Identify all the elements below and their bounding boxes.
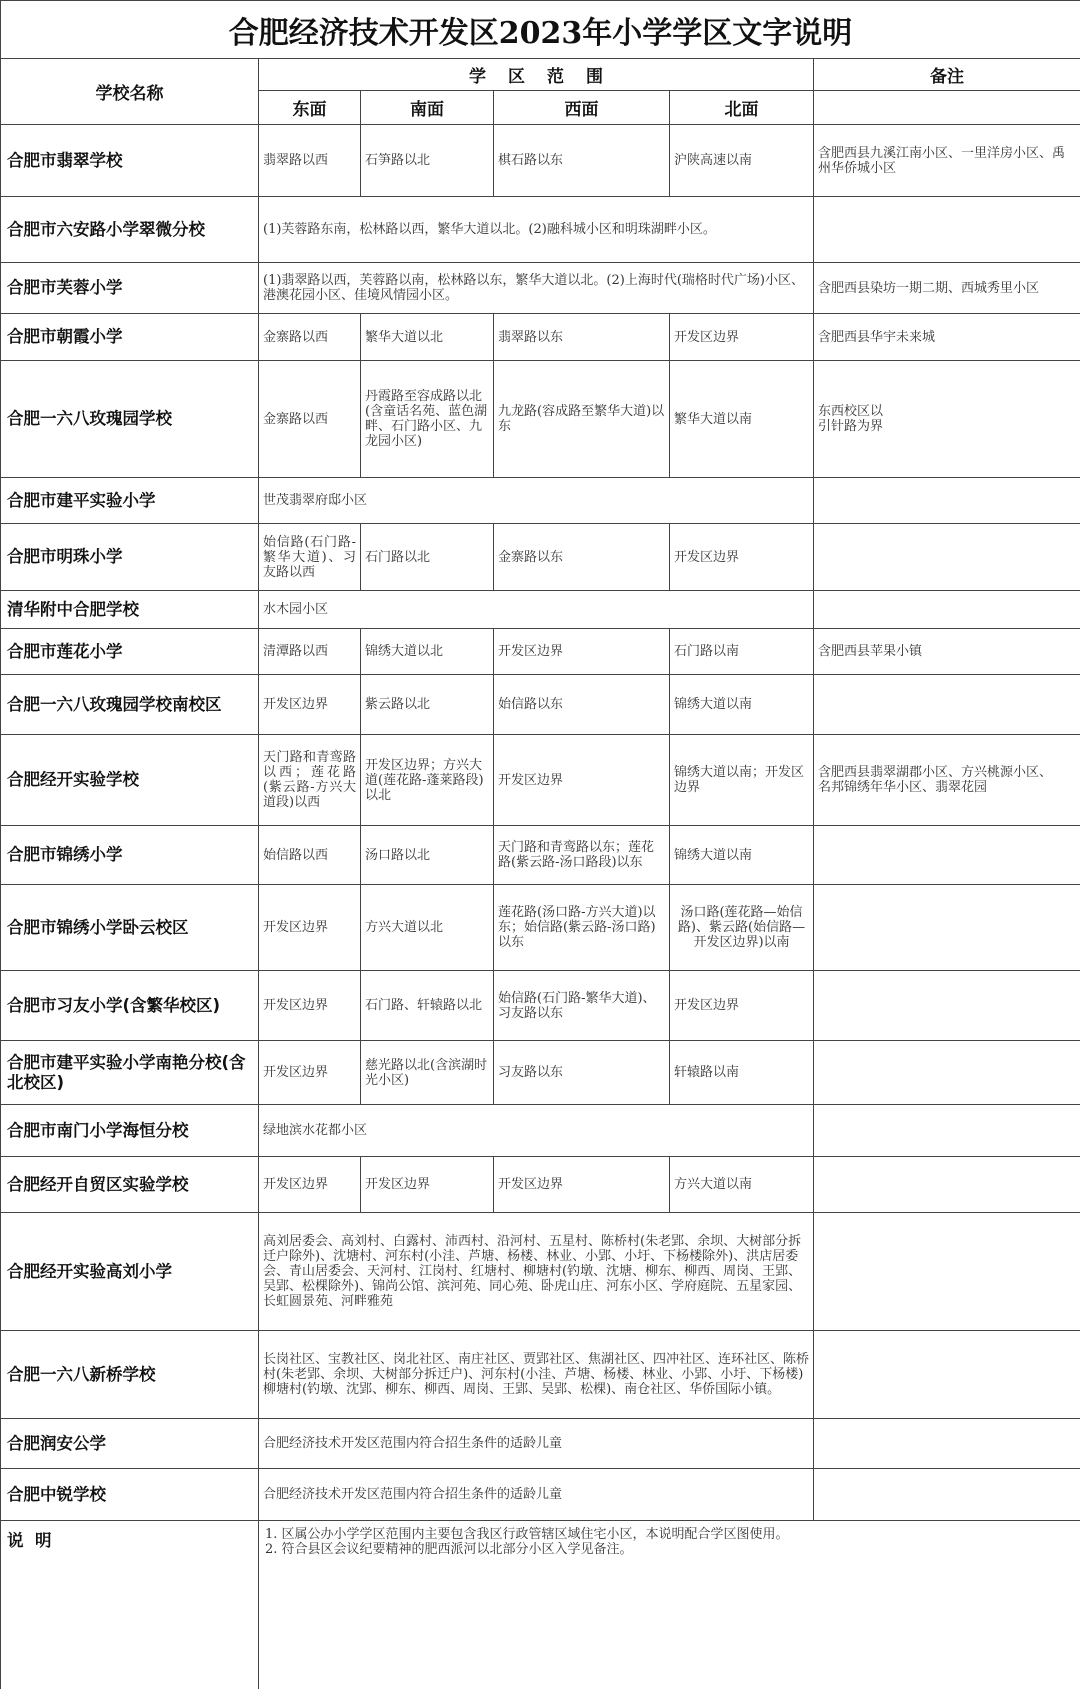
table-row: 合肥经开自贸区实验学校开发区边界开发区边界开发区边界方兴大道以南 [1, 1157, 1080, 1213]
table-row: 合肥市锦绣小学始信路以西汤口路以北天门路和青鸾路以东；莲花路(紫云路-汤口路段)… [1, 826, 1080, 885]
west-boundary-cell: 棋石路以东 [494, 125, 670, 197]
explanation-text: 1. 区属公办小学学区范围内主要包含我区行政管辖区域住宅小区，本说明配合学区图使… [259, 1521, 1080, 1689]
west-boundary-cell: 开发区边界 [494, 735, 670, 826]
west-boundary-cell: 开发区边界 [494, 629, 670, 675]
east-boundary-cell: 开发区边界 [259, 675, 361, 735]
school-name-cell: 合肥经开实验学校 [1, 735, 259, 826]
south-boundary-cell: 石门路以北 [361, 524, 494, 591]
west-boundary-cell: 始信路(石门路-繁华大道)、习友路以东 [494, 971, 670, 1041]
table-row: 合肥经开实验学校天门路和青鸾路以西；莲花路(紫云路-方兴大道段)以西开发区边界；… [1, 735, 1080, 826]
school-district-document: 合肥经济技术开发区2023年小学学区文字说明 学校名称 学区范围 备注 东面 南… [0, 0, 1080, 1689]
west-boundary-cell: 习友路以东 [494, 1041, 670, 1105]
remarks-cell: 含肥西县苹果小镇 [814, 629, 1080, 675]
school-district-table: 合肥经济技术开发区2023年小学学区文字说明 学校名称 学区范围 备注 东面 南… [0, 0, 1080, 1689]
school-name-cell: 合肥经开实验高刘小学 [1, 1213, 259, 1331]
school-name-cell: 合肥市建平实验小学南艳分校(含北校区) [1, 1041, 259, 1105]
table-row: 合肥市六安路小学翠微分校(1)芙蓉路东南，松林路以西，繁华大道以北。(2)融科城… [1, 197, 1080, 263]
west-boundary-cell: 始信路以东 [494, 675, 670, 735]
north-boundary-cell: 锦绣大道以南；开发区边界 [670, 735, 814, 826]
remarks-cell [814, 591, 1080, 629]
district-range-cell: 水木园小区 [259, 591, 814, 629]
table-row: 合肥一六八新桥学校长岗社区、宝教社区、岗北社区、南庄社区、贾郢社区、焦湖社区、四… [1, 1331, 1080, 1419]
south-boundary-cell: 石笋路以北 [361, 125, 494, 197]
header-west: 西面 [494, 91, 670, 125]
remarks-cell [814, 971, 1080, 1041]
north-boundary-cell: 开发区边界 [670, 971, 814, 1041]
table-row: 合肥润安公学合肥经济技术开发区范围内符合招生条件的适龄儿童 [1, 1419, 1080, 1469]
remarks-cell: 东西校区以 引针路为界 [814, 361, 1080, 478]
east-boundary-cell: 金寨路以西 [259, 314, 361, 361]
district-range-cell: (1)翡翠路以西，芙蓉路以南，松林路以东，繁华大道以北。(2)上海时代(瑞格时代… [259, 263, 814, 314]
east-boundary-cell: 始信路以西 [259, 826, 361, 885]
explanation-line: 1. 区属公办小学学区范围内主要包含我区行政管辖区域住宅小区，本说明配合学区图使… [265, 1527, 1074, 1542]
header-north: 北面 [670, 91, 814, 125]
remarks-cell: 含肥西县染坊一期二期、西城秀里小区 [814, 263, 1080, 314]
remarks-cell [814, 1331, 1080, 1419]
remarks-cell [814, 478, 1080, 524]
explanation-label: 说 明 [1, 1521, 259, 1689]
school-name-cell: 合肥市锦绣小学卧云校区 [1, 885, 259, 971]
remarks-cell [814, 826, 1080, 885]
remarks-cell [814, 524, 1080, 591]
east-boundary-cell: 开发区边界 [259, 1157, 361, 1213]
school-name-cell: 合肥经开自贸区实验学校 [1, 1157, 259, 1213]
remarks-cell [814, 1419, 1080, 1469]
school-name-cell: 合肥市习友小学(含繁华校区) [1, 971, 259, 1041]
table-row: 合肥市建平实验小学世茂翡翠府邸小区 [1, 478, 1080, 524]
table-row: 合肥市翡翠学校翡翠路以西石笋路以北棋石路以东沪陕高速以南含肥西县九溪江南小区、一… [1, 125, 1080, 197]
east-boundary-cell: 金寨路以西 [259, 361, 361, 478]
school-name-cell: 合肥市朝霞小学 [1, 314, 259, 361]
south-boundary-cell: 锦绣大道以北 [361, 629, 494, 675]
district-range-cell: 合肥经济技术开发区范围内符合招生条件的适龄儿童 [259, 1469, 814, 1521]
west-boundary-cell: 翡翠路以东 [494, 314, 670, 361]
south-boundary-cell: 石门路、轩辕路以北 [361, 971, 494, 1041]
north-boundary-cell: 开发区边界 [670, 314, 814, 361]
school-name-cell: 合肥中锐学校 [1, 1469, 259, 1521]
remarks-cell [814, 1157, 1080, 1213]
west-boundary-cell: 金寨路以东 [494, 524, 670, 591]
remarks-cell: 含肥西县华宇未来城 [814, 314, 1080, 361]
table-row: 合肥市习友小学(含繁华校区)开发区边界石门路、轩辕路以北始信路(石门路-繁华大道… [1, 971, 1080, 1041]
south-boundary-cell: 汤口路以北 [361, 826, 494, 885]
remarks-cell [814, 1469, 1080, 1521]
north-boundary-cell: 开发区边界 [670, 524, 814, 591]
east-boundary-cell: 开发区边界 [259, 1041, 361, 1105]
district-range-cell: 绿地滨水花都小区 [259, 1105, 814, 1157]
district-range-cell: (1)芙蓉路东南，松林路以西，繁华大道以北。(2)融科城小区和明珠湖畔小区。 [259, 197, 814, 263]
table-row: 合肥市建平实验小学南艳分校(含北校区)开发区边界慈光路以北(含滨湖时光小区)习友… [1, 1041, 1080, 1105]
north-boundary-cell: 方兴大道以南 [670, 1157, 814, 1213]
school-name-cell: 合肥一六八玫瑰园学校南校区 [1, 675, 259, 735]
west-boundary-cell: 开发区边界 [494, 1157, 670, 1213]
south-boundary-cell: 开发区边界；方兴大道(莲花路-蓬莱路段)以北 [361, 735, 494, 826]
table-row: 合肥一六八玫瑰园学校金寨路以西丹霞路至容成路以北(含童话名苑、蓝色湖畔、石门路小… [1, 361, 1080, 478]
east-boundary-cell: 开发区边界 [259, 885, 361, 971]
east-boundary-cell: 始信路(石门路-繁华大道)、习友路以西 [259, 524, 361, 591]
table-row: 合肥中锐学校合肥经济技术开发区范围内符合招生条件的适龄儿童 [1, 1469, 1080, 1521]
school-name-cell: 合肥市六安路小学翠微分校 [1, 197, 259, 263]
remarks-cell [814, 1213, 1080, 1331]
west-boundary-cell: 天门路和青鸾路以东；莲花路(紫云路-汤口路段)以东 [494, 826, 670, 885]
west-boundary-cell: 九龙路(容成路至繁华大道)以东 [494, 361, 670, 478]
south-boundary-cell: 繁华大道以北 [361, 314, 494, 361]
north-boundary-cell: 繁华大道以南 [670, 361, 814, 478]
south-boundary-cell: 方兴大道以北 [361, 885, 494, 971]
table-row: 合肥经开实验高刘小学高刘居委会、高刘村、白露村、沛西村、沿河村、五星村、陈桥村(… [1, 1213, 1080, 1331]
header-south: 南面 [361, 91, 494, 125]
table-row: 合肥市芙蓉小学(1)翡翠路以西，芙蓉路以南，松林路以东，繁华大道以北。(2)上海… [1, 263, 1080, 314]
remarks-cell [814, 885, 1080, 971]
table-row: 清华附中合肥学校水木园小区 [1, 591, 1080, 629]
east-boundary-cell: 天门路和青鸾路以西；莲花路(紫云路-方兴大道段)以西 [259, 735, 361, 826]
south-boundary-cell: 开发区边界 [361, 1157, 494, 1213]
remarks-cell: 含肥西县九溪江南小区、一里洋房小区、禹州华侨城小区 [814, 125, 1080, 197]
school-name-cell: 合肥一六八新桥学校 [1, 1331, 259, 1419]
table-row: 合肥市明珠小学始信路(石门路-繁华大道)、习友路以西石门路以北金寨路以东开发区边… [1, 524, 1080, 591]
remarks-cell [814, 675, 1080, 735]
school-name-cell: 合肥市芙蓉小学 [1, 263, 259, 314]
school-name-cell: 合肥一六八玫瑰园学校 [1, 361, 259, 478]
remarks-cell [814, 1105, 1080, 1157]
north-boundary-cell: 锦绣大道以南 [670, 675, 814, 735]
north-boundary-cell: 锦绣大道以南 [670, 826, 814, 885]
north-boundary-cell: 轩辕路以南 [670, 1041, 814, 1105]
north-boundary-cell: 汤口路(莲花路—始信路)、紫云路(始信路—开发区边界)以南 [670, 885, 814, 971]
table-row: 合肥市锦绣小学卧云校区开发区边界方兴大道以北莲花路(汤口路-方兴大道)以东；始信… [1, 885, 1080, 971]
remarks-cell: 含肥西县翡翠湖郡小区、方兴桃源小区、 名邦锦绣年华小区、翡翠花园 [814, 735, 1080, 826]
east-boundary-cell: 清潭路以西 [259, 629, 361, 675]
south-boundary-cell: 丹霞路至容成路以北(含童话名苑、蓝色湖畔、石门路小区、九龙园小区) [361, 361, 494, 478]
table-row: 合肥市莲花小学清潭路以西锦绣大道以北开发区边界石门路以南含肥西县苹果小镇 [1, 629, 1080, 675]
header-remarks-sub [814, 91, 1080, 125]
table-row: 合肥市南门小学海恒分校绿地滨水花都小区 [1, 1105, 1080, 1157]
table-row: 合肥一六八玫瑰园学校南校区开发区边界紫云路以北始信路以东锦绣大道以南 [1, 675, 1080, 735]
district-range-cell: 世茂翡翠府邸小区 [259, 478, 814, 524]
remarks-cell [814, 197, 1080, 263]
east-boundary-cell: 开发区边界 [259, 971, 361, 1041]
east-boundary-cell: 翡翠路以西 [259, 125, 361, 197]
header-district-range: 学区范围 [259, 59, 814, 91]
school-name-cell: 合肥市翡翠学校 [1, 125, 259, 197]
header-remarks: 备注 [814, 59, 1080, 91]
north-boundary-cell: 沪陕高速以南 [670, 125, 814, 197]
remarks-cell [814, 1041, 1080, 1105]
district-range-cell: 长岗社区、宝教社区、岗北社区、南庄社区、贾郢社区、焦湖社区、四冲社区、连环社区、… [259, 1331, 814, 1419]
school-name-cell: 合肥市莲花小学 [1, 629, 259, 675]
district-range-cell: 合肥经济技术开发区范围内符合招生条件的适龄儿童 [259, 1419, 814, 1469]
school-name-cell: 合肥市明珠小学 [1, 524, 259, 591]
school-name-cell: 合肥润安公学 [1, 1419, 259, 1469]
school-name-cell: 清华附中合肥学校 [1, 591, 259, 629]
district-range-cell: 高刘居委会、高刘村、白露村、沛西村、沿河村、五星村、陈桥村(朱老郢、余坝、大树部… [259, 1213, 814, 1331]
south-boundary-cell: 紫云路以北 [361, 675, 494, 735]
school-name-cell: 合肥市南门小学海恒分校 [1, 1105, 259, 1157]
document-title: 合肥经济技术开发区2023年小学学区文字说明 [1, 1, 1080, 59]
school-name-cell: 合肥市建平实验小学 [1, 478, 259, 524]
school-name-cell: 合肥市锦绣小学 [1, 826, 259, 885]
explanation-row: 说 明1. 区属公办小学学区范围内主要包含我区行政管辖区域住宅小区，本说明配合学… [1, 1521, 1080, 1689]
south-boundary-cell: 慈光路以北(含滨湖时光小区) [361, 1041, 494, 1105]
explanation-line: 2. 符合县区会议纪要精神的肥西派河以北部分小区入学见备注。 [265, 1542, 1074, 1557]
west-boundary-cell: 莲花路(汤口路-方兴大道)以东；始信路(紫云路-汤口路)以东 [494, 885, 670, 971]
table-row: 合肥市朝霞小学金寨路以西繁华大道以北翡翠路以东开发区边界含肥西县华宇未来城 [1, 314, 1080, 361]
header-school-name: 学校名称 [1, 59, 259, 125]
north-boundary-cell: 石门路以南 [670, 629, 814, 675]
header-east: 东面 [259, 91, 361, 125]
